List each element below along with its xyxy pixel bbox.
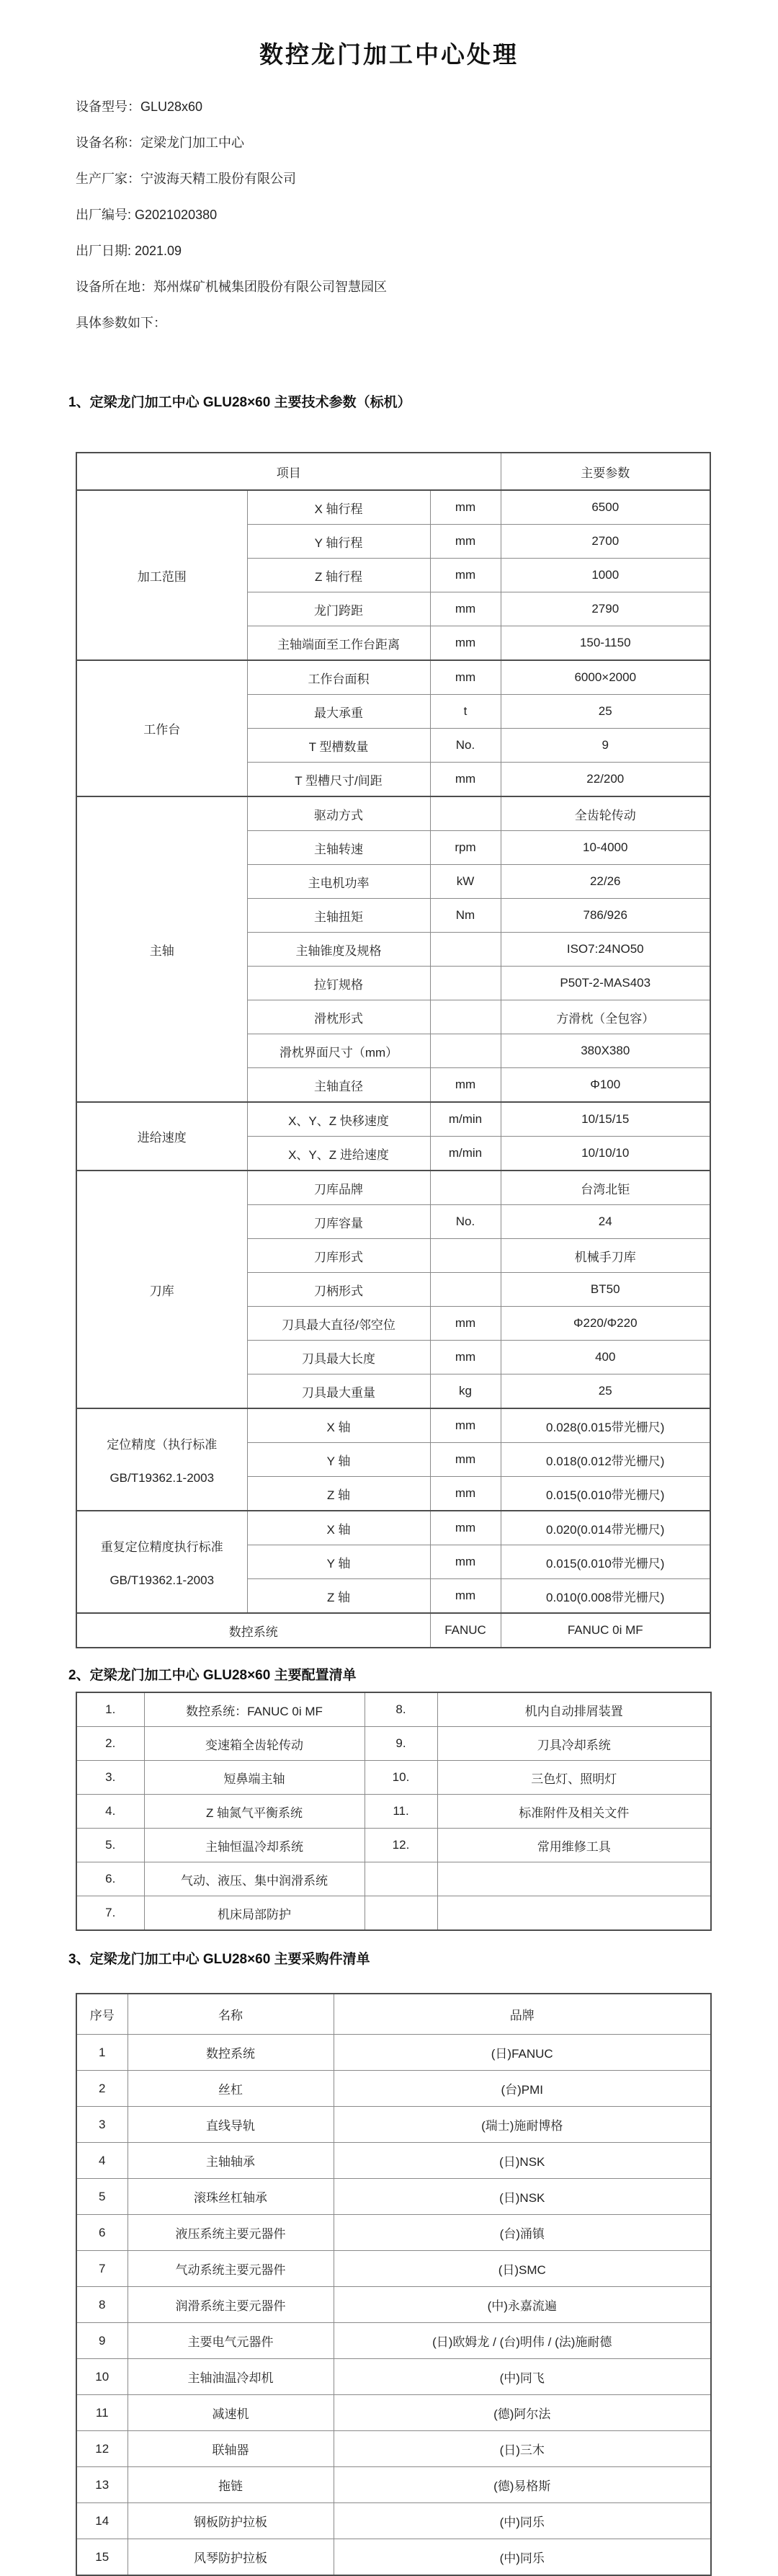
purchase-row: 12联轴器(日)三木: [76, 2431, 711, 2467]
tech-params-header-item: 项目: [76, 453, 501, 490]
purchase-index: 7: [76, 2251, 128, 2287]
param-unit: mm: [430, 626, 501, 661]
param-item: X 轴: [247, 1511, 430, 1545]
purchase-name: 主轴轴承: [128, 2143, 334, 2179]
param-group-label-line: 工作台: [80, 719, 244, 737]
param-item: 刀库容量: [247, 1205, 430, 1239]
param-group-label: 重复定位精度执行标准GB/T19362.1-2003: [76, 1511, 247, 1613]
config-item: [437, 1896, 711, 1931]
cnc-system-row: 数控系统FANUCFANUC 0i MF: [76, 1613, 710, 1648]
param-item: X、Y、Z 快移速度: [247, 1102, 430, 1137]
purchase-name: 钢板防护拉板: [128, 2503, 334, 2539]
purchase-row: 10主轴油温冷却机(中)同飞: [76, 2359, 711, 2395]
purchase-row: 3直线导轨(瑞士)施耐博格: [76, 2107, 711, 2143]
purchase-row: 4主轴轴承(日)NSK: [76, 2143, 711, 2179]
param-unit: mm: [430, 525, 501, 559]
param-value: 380X380: [501, 1034, 710, 1068]
param-value: 台湾北钜: [501, 1171, 710, 1205]
param-item: Z 轴: [247, 1477, 430, 1511]
config-index: 11.: [365, 1795, 437, 1829]
param-value: 方滑枕（全包容）: [501, 1000, 710, 1034]
param-item: 刀具最大长度: [247, 1341, 430, 1374]
cnc-system-label: 数控系统: [76, 1613, 430, 1648]
purchase-index: 14: [76, 2503, 128, 2539]
purchase-index: 8: [76, 2287, 128, 2323]
purchase-name: 气动系统主要元器件: [128, 2251, 334, 2287]
config-row: 4.Z 轴氮气平衡系统11.标准附件及相关文件: [76, 1795, 711, 1829]
param-value: 0.028(0.015带光栅尺): [501, 1408, 710, 1443]
param-item: 主轴直径: [247, 1068, 430, 1103]
param-unit: mm: [430, 1443, 501, 1477]
config-index: 8.: [365, 1692, 437, 1727]
param-group-label-line: 定位精度（执行标准: [80, 1434, 244, 1452]
section2-heading: 2、定梁龙门加工中心 GLU28×60 主要配置清单: [68, 1666, 778, 1686]
purchase-index: 1: [76, 2035, 128, 2071]
config-row: 1.数控系统：FANUC 0i MF8.机内自动排屑装置: [76, 1692, 711, 1727]
param-item: Y 轴: [247, 1443, 430, 1477]
param-value: 机械手刀库: [501, 1239, 710, 1273]
param-value: 22/200: [501, 763, 710, 797]
param-item: 驱动方式: [247, 796, 430, 831]
param-value: ISO7:24NO50: [501, 933, 710, 967]
purchase-brand: (德)易格斯: [334, 2467, 711, 2503]
param-unit: mm: [430, 490, 501, 525]
purchase-index: 10: [76, 2359, 128, 2395]
purchase-header-name: 名称: [128, 1994, 334, 2035]
purchase-name: 联轴器: [128, 2431, 334, 2467]
purchase-name: 主轴油温冷却机: [128, 2359, 334, 2395]
config-row: 6.气动、液压、集中润滑系统: [76, 1862, 711, 1896]
purchase-brand: (日)NSK: [334, 2143, 711, 2179]
param-value: 0.018(0.012带光栅尺): [501, 1443, 710, 1477]
param-unit: mm: [430, 1341, 501, 1374]
purchase-brand: (日)SMC: [334, 2251, 711, 2287]
param-item: 主电机功率: [247, 865, 430, 899]
tech-param-row: 重复定位精度执行标准GB/T19362.1-2003X 轴mm0.020(0.0…: [76, 1511, 710, 1545]
param-value: 2700: [501, 525, 710, 559]
config-item: 气动、液压、集中润滑系统: [144, 1862, 365, 1896]
param-item: 刀库形式: [247, 1239, 430, 1273]
info-line-maker: 生产厂家：宁波海天精工股份有限公司: [76, 161, 778, 197]
param-value: 22/26: [501, 865, 710, 899]
purchase-brand: (瑞士)施耐博格: [334, 2107, 711, 2143]
purchase-header-brand: 品牌: [334, 1994, 711, 2035]
config-list-table: 1.数控系统：FANUC 0i MF8.机内自动排屑装置2.变速箱全齿轮传动9.…: [76, 1692, 712, 1931]
param-value: 6000×2000: [501, 660, 710, 695]
param-value: P50T-2-MAS403: [501, 967, 710, 1000]
param-value: 2790: [501, 592, 710, 626]
param-item: Y 轴行程: [247, 525, 430, 559]
param-value: 0.020(0.014带光栅尺): [501, 1511, 710, 1545]
param-unit: mm: [430, 592, 501, 626]
purchase-row: 14钢板防护拉板(中)同乐: [76, 2503, 711, 2539]
param-value: 150-1150: [501, 626, 710, 661]
config-index: 9.: [365, 1727, 437, 1761]
param-item: T 型槽数量: [247, 729, 430, 763]
param-value: 400: [501, 1341, 710, 1374]
config-item: 数控系统：FANUC 0i MF: [144, 1692, 365, 1727]
config-index: 5.: [76, 1829, 144, 1862]
tech-param-row: 工作台工作台面积mm6000×2000: [76, 660, 710, 695]
config-index: 12.: [365, 1829, 437, 1862]
purchase-brand: (中)同乐: [334, 2539, 711, 2576]
param-unit: m/min: [430, 1102, 501, 1137]
param-value: 0.015(0.010带光栅尺): [501, 1545, 710, 1579]
document-page: 数控龙门加工中心处理 设备型号：GLU28x60 设备名称：定梁龙门加工中心 生…: [0, 0, 778, 2576]
param-value: 25: [501, 695, 710, 729]
param-value: 10/10/10: [501, 1137, 710, 1171]
param-item: Z 轴: [247, 1579, 430, 1614]
purchase-index: 3: [76, 2107, 128, 2143]
purchase-name: 滚珠丝杠轴承: [128, 2179, 334, 2215]
tech-param-row: 加工范围X 轴行程mm6500: [76, 490, 710, 525]
purchase-list-table: 序号 名称 品牌 1数控系统(日)FANUC2丝杠(台)PMI3直线导轨(瑞士)…: [76, 1993, 712, 2576]
param-unit: mm: [430, 1068, 501, 1103]
param-group-label-line: 重复定位精度执行标准: [80, 1537, 244, 1555]
param-group-label: 工作台: [76, 660, 247, 796]
purchase-brand: (中)同乐: [334, 2503, 711, 2539]
param-item: 龙门跨距: [247, 592, 430, 626]
purchase-index: 5: [76, 2179, 128, 2215]
purchase-brand: (日)欧姆龙 / (台)明伟 / (法)施耐德: [334, 2323, 711, 2359]
cnc-system-value: FANUC 0i MF: [501, 1613, 710, 1648]
param-value: 24: [501, 1205, 710, 1239]
config-index: 6.: [76, 1862, 144, 1896]
param-item: Z 轴行程: [247, 559, 430, 592]
config-row: 5.主轴恒温冷却系统12.常用维修工具: [76, 1829, 711, 1862]
param-item: T 型槽尺寸/间距: [247, 763, 430, 797]
param-item: 刀库品牌: [247, 1171, 430, 1205]
info-line-params-intro: 具体参数如下：: [76, 305, 778, 341]
cnc-system-brand: FANUC: [430, 1613, 501, 1648]
param-unit: [430, 1034, 501, 1068]
param-group-label-line: 刀库: [80, 1281, 244, 1299]
config-row: 7.机床局部防护: [76, 1896, 711, 1931]
param-value: 9: [501, 729, 710, 763]
param-unit: mm: [430, 763, 501, 797]
purchase-name: 数控系统: [128, 2035, 334, 2071]
purchase-index: 2: [76, 2071, 128, 2107]
param-item: Y 轴: [247, 1545, 430, 1579]
tech-params-header-row: 项目 主要参数: [76, 453, 710, 490]
param-unit: mm: [430, 660, 501, 695]
tech-param-row: 进给速度X、Y、Z 快移速度m/min10/15/15: [76, 1102, 710, 1137]
param-group-label-line: GB/T19362.1-2003: [80, 1573, 244, 1588]
param-item: 最大承重: [247, 695, 430, 729]
purchase-brand: (台)PMI: [334, 2071, 711, 2107]
param-item: 滑枕形式: [247, 1000, 430, 1034]
info-line-name: 设备名称：定梁龙门加工中心: [76, 125, 778, 161]
info-line-location: 设备所在地：郑州煤矿机械集团股份有限公司智慧园区: [76, 269, 778, 305]
param-unit: [430, 933, 501, 967]
purchase-index: 6: [76, 2215, 128, 2251]
purchase-brand: (日)FANUC: [334, 2035, 711, 2071]
param-unit: kg: [430, 1374, 501, 1409]
param-unit: mm: [430, 1579, 501, 1614]
param-item: 刀具最大重量: [247, 1374, 430, 1409]
param-unit: mm: [430, 1545, 501, 1579]
param-group-label-line: GB/T19362.1-2003: [80, 1471, 244, 1485]
purchase-brand: (台)涌镇: [334, 2215, 711, 2251]
purchase-row: 7气动系统主要元器件(日)SMC: [76, 2251, 711, 2287]
param-unit: mm: [430, 1511, 501, 1545]
config-index: 3.: [76, 1761, 144, 1795]
param-unit: mm: [430, 1408, 501, 1443]
param-item: 主轴端面至工作台距离: [247, 626, 430, 661]
config-item: 三色灯、照明灯: [437, 1761, 711, 1795]
param-group-label: 加工范围: [76, 490, 247, 660]
param-unit: [430, 1000, 501, 1034]
config-index: 4.: [76, 1795, 144, 1829]
param-item: 拉钉规格: [247, 967, 430, 1000]
config-item: 短鼻端主轴: [144, 1761, 365, 1795]
param-unit: mm: [430, 1307, 501, 1341]
purchase-name: 风琴防护拉板: [128, 2539, 334, 2576]
param-value: 6500: [501, 490, 710, 525]
param-unit: rpm: [430, 831, 501, 865]
purchase-name: 拖链: [128, 2467, 334, 2503]
param-group-label: 定位精度（执行标准GB/T19362.1-2003: [76, 1408, 247, 1511]
document-title: 数控龙门加工中心处理: [0, 0, 778, 70]
param-group-label: 刀库: [76, 1171, 247, 1408]
param-group-label-line: 加工范围: [80, 567, 244, 585]
device-info-block: 设备型号：GLU28x60 设备名称：定梁龙门加工中心 生产厂家：宁波海天精工股…: [76, 89, 778, 341]
config-item: 标准附件及相关文件: [437, 1795, 711, 1829]
param-value: 全齿轮传动: [501, 796, 710, 831]
param-item: 滑枕界面尺寸（mm）: [247, 1034, 430, 1068]
config-index: [365, 1862, 437, 1896]
section3-heading: 3、定梁龙门加工中心 GLU28×60 主要采购件清单: [68, 1950, 778, 1970]
info-line-model: 设备型号：GLU28x60: [76, 89, 778, 125]
param-unit: mm: [430, 1477, 501, 1511]
param-group-label: 主轴: [76, 796, 247, 1102]
param-value: 0.015(0.010带光栅尺): [501, 1477, 710, 1511]
config-index: 1.: [76, 1692, 144, 1727]
purchase-brand: (中)永嘉流遍: [334, 2287, 711, 2323]
config-item: 常用维修工具: [437, 1829, 711, 1862]
param-group-label-line: 主轴: [80, 941, 244, 959]
param-item: X 轴: [247, 1408, 430, 1443]
config-item: 变速箱全齿轮传动: [144, 1727, 365, 1761]
param-unit: No.: [430, 1205, 501, 1239]
param-value: 10-4000: [501, 831, 710, 865]
config-item: [437, 1862, 711, 1896]
purchase-list-header-row: 序号 名称 品牌: [76, 1994, 711, 2035]
param-unit: [430, 1239, 501, 1273]
config-item: 主轴恒温冷却系统: [144, 1829, 365, 1862]
purchase-name: 润滑系统主要元器件: [128, 2287, 334, 2323]
purchase-row: 13拖链(德)易格斯: [76, 2467, 711, 2503]
tech-param-row: 定位精度（执行标准GB/T19362.1-2003X 轴mm0.028(0.01…: [76, 1408, 710, 1443]
param-unit: [430, 796, 501, 831]
tech-params-table: 项目 主要参数 加工范围X 轴行程mm6500Y 轴行程mm2700Z 轴行程m…: [76, 452, 711, 1648]
purchase-name: 丝杠: [128, 2071, 334, 2107]
param-value: Φ220/Φ220: [501, 1307, 710, 1341]
config-item: 刀具冷却系统: [437, 1727, 711, 1761]
param-item: 刀具最大直径/邻空位: [247, 1307, 430, 1341]
param-group-label: 进给速度: [76, 1102, 247, 1171]
param-unit: Nm: [430, 899, 501, 933]
param-value: BT50: [501, 1273, 710, 1307]
purchase-brand: (德)阿尔法: [334, 2395, 711, 2431]
purchase-row: 1数控系统(日)FANUC: [76, 2035, 711, 2071]
purchase-index: 11: [76, 2395, 128, 2431]
tech-param-row: 刀库刀库品牌台湾北钜: [76, 1171, 710, 1205]
param-value: 1000: [501, 559, 710, 592]
purchase-row: 2丝杠(台)PMI: [76, 2071, 711, 2107]
param-unit: [430, 1171, 501, 1205]
param-unit: mm: [430, 559, 501, 592]
purchase-row: 6液压系统主要元器件(台)涌镇: [76, 2215, 711, 2251]
purchase-name: 主要电气元器件: [128, 2323, 334, 2359]
config-index: 7.: [76, 1896, 144, 1931]
param-unit: kW: [430, 865, 501, 899]
param-value: 786/926: [501, 899, 710, 933]
config-item: Z 轴氮气平衡系统: [144, 1795, 365, 1829]
config-row: 3.短鼻端主轴10.三色灯、照明灯: [76, 1761, 711, 1795]
tech-params-header-value: 主要参数: [501, 453, 710, 490]
param-item: 主轴转速: [247, 831, 430, 865]
purchase-row: 11减速机(德)阿尔法: [76, 2395, 711, 2431]
purchase-header-index: 序号: [76, 1994, 128, 2035]
purchase-row: 8润滑系统主要元器件(中)永嘉流遍: [76, 2287, 711, 2323]
purchase-index: 12: [76, 2431, 128, 2467]
param-item: 刀柄形式: [247, 1273, 430, 1307]
param-unit: No.: [430, 729, 501, 763]
purchase-brand: (日)三木: [334, 2431, 711, 2467]
config-item: 机床局部防护: [144, 1896, 365, 1931]
param-value: Φ100: [501, 1068, 710, 1103]
tech-param-row: 主轴驱动方式全齿轮传动: [76, 796, 710, 831]
param-item: 工作台面积: [247, 660, 430, 695]
param-value: 10/15/15: [501, 1102, 710, 1137]
param-unit: t: [430, 695, 501, 729]
purchase-row: 9主要电气元器件(日)欧姆龙 / (台)明伟 / (法)施耐德: [76, 2323, 711, 2359]
param-value: 25: [501, 1374, 710, 1409]
purchase-name: 减速机: [128, 2395, 334, 2431]
purchase-brand: (日)NSK: [334, 2179, 711, 2215]
config-index: 10.: [365, 1761, 437, 1795]
param-item: X 轴行程: [247, 490, 430, 525]
purchase-name: 直线导轨: [128, 2107, 334, 2143]
config-item: 机内自动排屑装置: [437, 1692, 711, 1727]
config-index: [365, 1896, 437, 1931]
purchase-index: 9: [76, 2323, 128, 2359]
param-item: 主轴锥度及规格: [247, 933, 430, 967]
param-unit: [430, 967, 501, 1000]
config-index: 2.: [76, 1727, 144, 1761]
section1-heading: 1、定梁龙门加工中心 GLU28×60 主要技术参数（标机）: [68, 393, 778, 413]
purchase-name: 液压系统主要元器件: [128, 2215, 334, 2251]
param-value: 0.010(0.008带光栅尺): [501, 1579, 710, 1614]
info-line-serial: 出厂编号: G2021020380: [76, 197, 778, 233]
purchase-index: 15: [76, 2539, 128, 2576]
param-group-label-line: 进给速度: [80, 1127, 244, 1145]
purchase-brand: (中)同飞: [334, 2359, 711, 2395]
param-item: X、Y、Z 进给速度: [247, 1137, 430, 1171]
param-item: 主轴扭矩: [247, 899, 430, 933]
param-unit: [430, 1273, 501, 1307]
purchase-row: 5滚珠丝杠轴承(日)NSK: [76, 2179, 711, 2215]
purchase-row: 15风琴防护拉板(中)同乐: [76, 2539, 711, 2576]
purchase-index: 13: [76, 2467, 128, 2503]
param-unit: m/min: [430, 1137, 501, 1171]
config-row: 2.变速箱全齿轮传动9.刀具冷却系统: [76, 1727, 711, 1761]
info-line-date: 出厂日期: 2021.09: [76, 233, 778, 269]
purchase-index: 4: [76, 2143, 128, 2179]
